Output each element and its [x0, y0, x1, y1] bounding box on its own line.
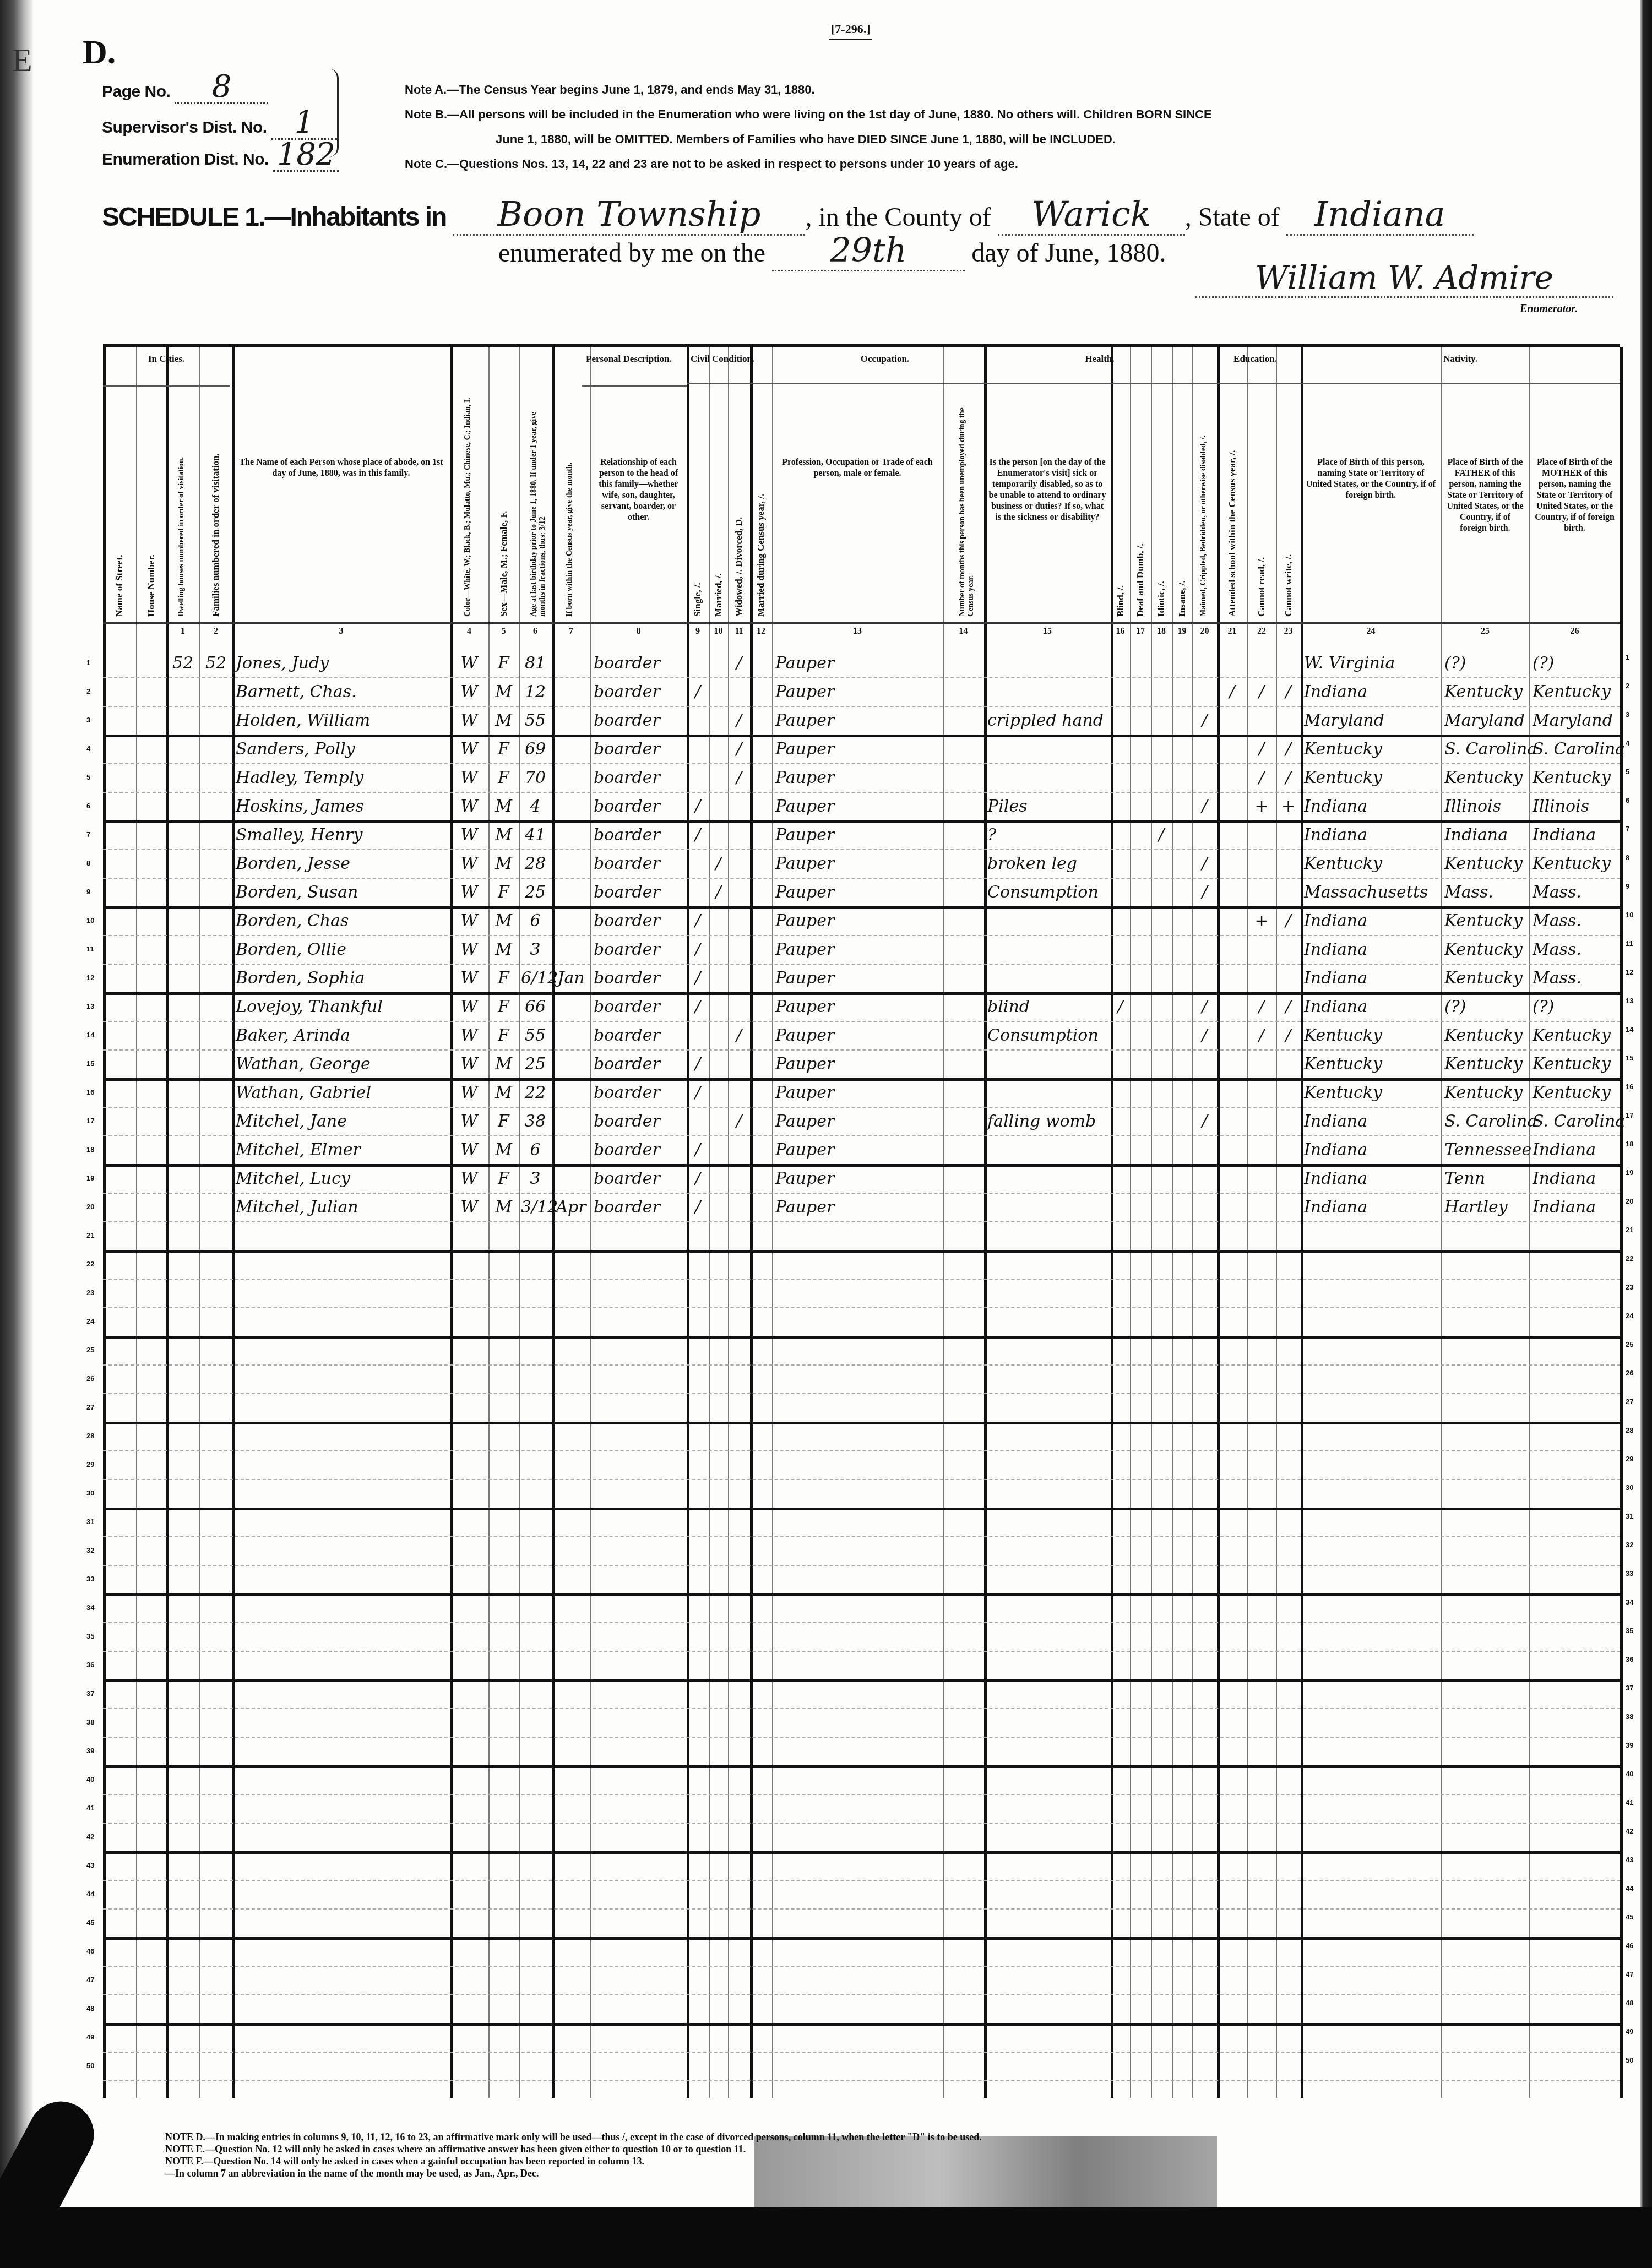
table-row: 4343	[103, 1851, 1620, 1881]
table-row: 33Holden, WilliamWM55boarder/Paupercripp…	[103, 706, 1620, 737]
line-number: 7	[1626, 825, 1629, 833]
cell-sex: M	[491, 909, 517, 934]
column-number: 8	[590, 627, 687, 637]
table-row: 3434	[103, 1593, 1620, 1623]
line-number: 33	[1626, 1569, 1633, 1578]
cell-name: Jones, Judy	[236, 651, 329, 676]
cell-color: W	[452, 1052, 486, 1077]
group-rule	[582, 385, 687, 387]
table-row: 2121	[103, 1221, 1620, 1253]
column-number: 2	[199, 627, 232, 637]
table-row: 2525	[103, 1336, 1620, 1366]
day-value: 29th	[772, 231, 965, 271]
enumerator-label: Enumerator.	[1520, 303, 1578, 316]
line-number: 23	[1626, 1283, 1633, 1291]
table-row: 3737	[103, 1679, 1620, 1709]
column-header-label: Name of Street.	[114, 396, 125, 617]
column-number: 14	[943, 627, 984, 637]
cell-birthplace: Massachusetts	[1304, 880, 1428, 905]
cell-single: /	[689, 937, 707, 962]
cell-cannot-write: /	[1278, 765, 1298, 791]
cell-name: Baker, Arinda	[236, 1023, 350, 1048]
table-row: 4545	[103, 1908, 1620, 1940]
cell-name: Barnett, Chas.	[236, 679, 357, 705]
line-number: 45	[86, 1918, 94, 1927]
enumerator-signature: William W. Admire	[1195, 259, 1613, 298]
cell-father-birthplace: Maryland	[1444, 708, 1525, 733]
cell-color: W	[452, 1109, 486, 1134]
column-number: 17	[1130, 627, 1151, 637]
cell-occupation: Pauper	[775, 1023, 834, 1048]
table-row: 3232	[103, 1536, 1620, 1566]
cell-occupation: Pauper	[775, 765, 834, 791]
column-header-label: Single, /.	[692, 396, 703, 617]
table-row: 3030	[103, 1479, 1620, 1510]
cell-age: 28	[521, 851, 550, 877]
column-number: 21	[1217, 627, 1247, 637]
column-header-label: The Name of each Person whose place of a…	[237, 457, 445, 479]
cell-birthplace: Kentucky	[1304, 765, 1382, 791]
cell-mother-birthplace: Indiana	[1533, 1195, 1596, 1220]
cell-cannot-write: /	[1278, 737, 1298, 762]
group-education: Education.	[1213, 353, 1298, 365]
note-d: NOTE D.—In making entries in columns 9, …	[165, 2131, 982, 2143]
cell-cannot-write: /	[1278, 994, 1298, 1020]
cell-sex: M	[491, 794, 517, 819]
column-number: 1	[166, 627, 199, 637]
cell-mother-birthplace: Kentucky	[1533, 1023, 1611, 1048]
line-number: 43	[86, 1861, 94, 1869]
note-g: —In column 7 an abbreviation in the name…	[165, 2167, 982, 2179]
cell-occupation: Pauper	[775, 880, 834, 905]
line-number: 6	[86, 802, 90, 810]
scan-bottom-edge	[0, 2207, 1652, 2268]
cell-birthplace: Kentucky	[1304, 737, 1382, 762]
line-number: 17	[86, 1117, 94, 1125]
cell-relation: boarder	[594, 708, 660, 733]
cell-mother-birthplace: (?)	[1533, 651, 1555, 676]
line-number: 42	[86, 1832, 94, 1841]
table-row: 1515Wathan, GeorgeWM25boarder/PauperKent…	[103, 1049, 1620, 1081]
cell-name: Sanders, Polly	[236, 737, 355, 762]
line-number: 36	[86, 1661, 94, 1669]
page-no-value: 8	[212, 69, 231, 105]
line-number: 14	[86, 1031, 94, 1039]
cell-married: /	[711, 880, 726, 905]
cell-mother-birthplace: Illinois	[1533, 794, 1589, 819]
census-table: In Cities. Personal Description. Civil C…	[103, 344, 1620, 2098]
cell-maimed: /	[1194, 880, 1215, 905]
table-row: 2727	[103, 1393, 1620, 1424]
line-number: 37	[86, 1689, 94, 1698]
cell-age: 25	[521, 1052, 550, 1077]
cell-age: 25	[521, 880, 550, 905]
cell-sickness: broken leg	[987, 851, 1077, 877]
cell-blind: /	[1113, 994, 1128, 1020]
line-number: 19	[1626, 1168, 1633, 1177]
cell-relation: boarder	[594, 994, 660, 1020]
cell-age: 81	[521, 651, 550, 676]
group-rule	[772, 383, 984, 384]
table-row: 66Hoskins, JamesWM4boarder/PauperPiles/+…	[103, 792, 1620, 823]
line-number: 21	[1626, 1226, 1633, 1234]
column-number: 25	[1441, 627, 1529, 637]
line-number: 21	[86, 1231, 94, 1239]
cell-color: W	[452, 909, 486, 934]
line-number: 48	[1626, 1999, 1633, 2007]
table-row: 3636	[103, 1651, 1620, 1682]
enumeration-value: 182	[277, 137, 335, 172]
cell-mother-birthplace: Indiana	[1533, 823, 1596, 848]
column-header-label: Place of Birth of this person, naming St…	[1305, 457, 1437, 501]
cell-occupation: Pauper	[775, 994, 834, 1020]
table-row: 55Hadley, TemplyWF70boarder/Pauper//Kent…	[103, 763, 1620, 793]
line-number: 10	[86, 916, 94, 924]
cell-birthplace: Kentucky	[1304, 851, 1382, 877]
cell-relation: boarder	[594, 823, 660, 848]
cell-single: /	[689, 1138, 707, 1163]
cell-maimed: /	[1194, 794, 1215, 819]
cell-widowed: /	[730, 765, 748, 791]
cell-relation: boarder	[594, 880, 660, 905]
table-row: 2323	[103, 1279, 1620, 1308]
cell-month: Apr	[554, 1195, 588, 1220]
line-number: 47	[86, 1976, 94, 1984]
cell-sex: F	[491, 651, 517, 676]
enumeration-field: Enumeration Dist. No. 182	[102, 139, 339, 172]
cell-color: W	[452, 1080, 486, 1106]
line-number: 39	[1626, 1741, 1633, 1749]
line-number: 30	[1626, 1483, 1633, 1492]
supervisor-label: Supervisor's Dist. No.	[102, 118, 267, 137]
table-row: 1111Borden, OllieWM3boarder/PauperIndian…	[103, 935, 1620, 965]
line-number: 13	[1626, 997, 1633, 1005]
group-personal: Personal Description.	[582, 353, 676, 365]
column-rule	[1620, 347, 1623, 2098]
cell-name: Borden, Ollie	[236, 937, 346, 962]
line-number: 5	[1626, 768, 1629, 776]
cell-color: W	[452, 851, 486, 877]
cell-mother-birthplace: Mass.	[1533, 880, 1582, 905]
cell-birthplace: Indiana	[1304, 679, 1367, 705]
group-in-cities: In Cities.	[103, 353, 230, 365]
column-header-label: Deaf and Dumb, /.	[1135, 396, 1146, 617]
county-value: Warick	[998, 194, 1185, 236]
column-number: 5	[488, 627, 519, 637]
line-number: 27	[86, 1403, 94, 1411]
scan-right-edge	[1640, 0, 1652, 2268]
column-number: 20	[1192, 627, 1217, 637]
cell-color: W	[452, 1166, 486, 1192]
column-number: 3	[232, 627, 450, 637]
state-label: , State of	[1185, 203, 1280, 232]
cell-widowed: /	[730, 737, 748, 762]
cell-relation: boarder	[594, 851, 660, 877]
table-row: 88Borden, JesseWM28boarder/Pauperbroken …	[103, 849, 1620, 879]
cell-relation: boarder	[594, 794, 660, 819]
table-row: 4848	[103, 1994, 1620, 2026]
column-header-label: House Number.	[146, 396, 157, 617]
cell-occupation: Pauper	[775, 851, 834, 877]
cell-color: W	[452, 651, 486, 676]
cell-birthplace: Indiana	[1304, 1109, 1367, 1134]
table-row: 3131	[103, 1508, 1620, 1537]
group-rule	[103, 385, 230, 387]
line-number: 20	[1626, 1197, 1633, 1205]
cell-mother-birthplace: Mass.	[1533, 909, 1582, 934]
line-number: 35	[1626, 1627, 1633, 1635]
table-row: 3333	[103, 1565, 1620, 1596]
cell-married: /	[711, 851, 726, 877]
group-rule	[1217, 383, 1301, 384]
cell-birthplace: Indiana	[1304, 794, 1367, 819]
cell-color: W	[452, 794, 486, 819]
group-health: Health.	[990, 353, 1210, 365]
date-suffix: day of June, 1880.	[971, 238, 1166, 268]
table-row: 4444	[103, 1880, 1620, 1910]
cell-color: W	[452, 1195, 486, 1220]
line-number: 31	[1626, 1512, 1633, 1520]
cell-father-birthplace: Indiana	[1444, 823, 1508, 848]
cell-name: Mitchel, Lucy	[236, 1166, 350, 1192]
line-number: 44	[86, 1890, 94, 1898]
cell-relation: boarder	[594, 1052, 660, 1077]
line-number: 50	[86, 2062, 94, 2070]
table-row: 4747	[103, 1966, 1620, 1995]
cell-occupation: Pauper	[775, 679, 834, 705]
cell-widowed: /	[730, 708, 748, 733]
cell-name: Smalley, Henry	[236, 823, 362, 848]
column-header-label: Number of months this person has been un…	[958, 396, 980, 617]
column-number: 6	[519, 627, 552, 637]
cell-single: /	[689, 794, 707, 819]
column-header-label: Insane, /.	[1177, 396, 1188, 617]
line-number: 12	[86, 973, 94, 982]
cell-age: 38	[521, 1109, 550, 1134]
cell-sex: M	[491, 937, 517, 962]
cell-sex: F	[491, 1109, 517, 1134]
cell-age: 55	[521, 708, 550, 733]
cell-sickness: Consumption	[987, 1023, 1099, 1048]
line-number: 24	[86, 1317, 94, 1325]
cell-age: 4	[521, 794, 550, 819]
cell-single: /	[689, 966, 707, 991]
cell-single: /	[689, 1052, 707, 1077]
cell-color: W	[452, 966, 486, 991]
cell-occupation: Pauper	[775, 1109, 834, 1134]
group-civil: Civil Condition.	[687, 353, 758, 365]
line-number: 6	[1626, 796, 1629, 804]
cell-father-birthplace: Kentucky	[1444, 1052, 1523, 1077]
cell-color: W	[452, 880, 486, 905]
form-number: [7-296.]	[829, 22, 872, 40]
cell-sex: M	[491, 1080, 517, 1106]
column-header-label: If born within the Census year, give the…	[566, 396, 588, 617]
line-number: 41	[1626, 1798, 1633, 1807]
cell-name: Holden, William	[236, 708, 370, 733]
cell-relation: boarder	[594, 1080, 660, 1106]
line-number: 22	[86, 1260, 94, 1268]
cell-occupation: Pauper	[775, 1080, 834, 1106]
cell-widowed: /	[730, 1109, 748, 1134]
cell-mother-birthplace: Mass.	[1533, 937, 1582, 962]
cell-age: 6	[521, 909, 550, 934]
cell-age: 69	[521, 737, 550, 762]
table-row: 2626	[103, 1364, 1620, 1394]
line-number: 15	[86, 1059, 94, 1068]
cell-father-birthplace: (?)	[1444, 651, 1466, 676]
line-number: 26	[86, 1374, 94, 1383]
cell-maimed: /	[1194, 1109, 1215, 1134]
township-value: Boon Township	[453, 194, 805, 236]
scan-left-edge	[0, 0, 33, 2268]
table-row: 4949	[103, 2023, 1620, 2053]
cell-single: /	[689, 1195, 707, 1220]
column-number: 26	[1529, 627, 1620, 637]
column-header-label: Sex—Male, M.; Female, F.	[498, 396, 509, 617]
column-header-label: Blind, /.	[1115, 396, 1126, 617]
group-nativity: Nativity.	[1301, 353, 1620, 365]
line-number: 7	[86, 830, 90, 839]
enumeration-label: Enumeration Dist. No.	[102, 150, 269, 168]
cell-occupation: Pauper	[775, 966, 834, 991]
cell-relation: boarder	[594, 1109, 660, 1134]
table-row: 2424	[103, 1307, 1620, 1339]
column-number: 13	[772, 627, 943, 637]
table-row: 1616Wathan, GabrielWM22boarder/PauperKen…	[103, 1078, 1620, 1108]
line-number: 38	[1626, 1712, 1633, 1721]
column-number: 12	[750, 627, 772, 637]
cell-sex: F	[491, 994, 517, 1020]
line-number: 34	[86, 1603, 94, 1612]
table-row: 2929	[103, 1450, 1620, 1480]
table-row: 2020Mitchel, JulianWM3/12Aprboarder/Paup…	[103, 1193, 1620, 1222]
line-number: 18	[86, 1145, 94, 1154]
page-no-field: Page No. 8	[102, 72, 268, 104]
column-header-label: Maimed, Crippled, Bedridden, or otherwis…	[1199, 396, 1221, 617]
cell-name: Borden, Chas	[236, 909, 349, 934]
cell-single: /	[689, 823, 707, 848]
cell-age: 70	[521, 765, 550, 791]
cell-name: Borden, Susan	[236, 880, 358, 905]
column-number: 9	[687, 627, 709, 637]
column-number: 22	[1247, 627, 1276, 637]
cell-age: 3/12	[521, 1195, 550, 1220]
cell-mother-birthplace: Indiana	[1533, 1166, 1596, 1192]
line-number: 4	[1626, 739, 1629, 747]
cell-mother-birthplace: Indiana	[1533, 1138, 1596, 1163]
cell-relation: boarder	[594, 1195, 660, 1220]
table-row: 1414Baker, ArindaWF55boarder/PauperConsu…	[103, 1021, 1620, 1051]
table-row: 3939	[103, 1737, 1620, 1768]
cell-father-birthplace: Kentucky	[1444, 851, 1523, 877]
line-number: 46	[86, 1947, 94, 1955]
line-number: 29	[1626, 1455, 1633, 1463]
cell-birthplace: Indiana	[1304, 909, 1367, 934]
cell-cannot-write: /	[1278, 679, 1298, 705]
line-number: 34	[1626, 1598, 1633, 1606]
table-row: 4242	[103, 1823, 1620, 1854]
line-number: 25	[1626, 1340, 1633, 1348]
cell-father-birthplace: Kentucky	[1444, 679, 1523, 705]
cell-color: W	[452, 737, 486, 762]
cell-color: W	[452, 1023, 486, 1048]
cell-sickness: crippled hand	[987, 708, 1104, 733]
line-number: 5	[86, 773, 90, 781]
footer-notes: NOTE D.—In making entries in columns 9, …	[165, 2131, 982, 2179]
line-number: 30	[86, 1489, 94, 1497]
line-number: 26	[1626, 1369, 1633, 1377]
column-header-label: Place of Birth of the MOTHER of this per…	[1534, 457, 1616, 534]
cell-mother-birthplace: Kentucky	[1533, 765, 1611, 791]
group-rule	[984, 383, 1217, 384]
supervisor-field: Supervisor's Dist. No. 1	[102, 107, 337, 140]
cell-father-birthplace: Mass.	[1444, 880, 1493, 905]
cell-mother-birthplace: S. Carolina	[1533, 1109, 1625, 1134]
note-f: NOTE F.—Question No. 14 will only be ask…	[165, 2155, 982, 2167]
column-header-label: Cannot write, /.	[1283, 396, 1294, 617]
cell-age: 66	[521, 994, 550, 1020]
column-header-label: Profession, Occupation or Trade of each …	[776, 457, 938, 479]
column-number: 15	[984, 627, 1111, 637]
cell-sex: M	[491, 1138, 517, 1163]
table-row: 1010Borden, ChasWM6boarder/Pauper+/India…	[103, 906, 1620, 936]
line-number: 20	[86, 1203, 94, 1211]
cell-occupation: Pauper	[775, 794, 834, 819]
cell-name: Mitchel, Jane	[236, 1109, 347, 1134]
cell-cannot-write: +	[1278, 794, 1298, 819]
cell-father-birthplace: Tenn	[1444, 1166, 1485, 1192]
line-number: 49	[1626, 2027, 1633, 2036]
table-row: 1919Mitchel, LucyWF3boarder/PauperIndian…	[103, 1164, 1620, 1194]
column-number: 18	[1151, 627, 1172, 637]
cell-name: Wathan, George	[236, 1052, 371, 1077]
cell-age: 3	[521, 937, 550, 962]
cell-occupation: Pauper	[775, 1195, 834, 1220]
cell-occupation: Pauper	[775, 1052, 834, 1077]
line-number: 37	[1626, 1684, 1633, 1692]
note-e: NOTE E.—Question No. 12 will only be ask…	[165, 2143, 982, 2155]
line-number: 28	[86, 1432, 94, 1440]
cell-father-birthplace: Kentucky	[1444, 765, 1523, 791]
cell-age: 55	[521, 1023, 550, 1048]
line-number: 2	[1626, 682, 1629, 690]
cell-birthplace: Indiana	[1304, 966, 1367, 991]
county-label: , in the County of	[805, 203, 991, 232]
cell-cannot-write: /	[1278, 1023, 1298, 1048]
cell-father-birthplace: Kentucky	[1444, 909, 1523, 934]
line-number: 9	[1626, 882, 1629, 890]
line-number: 3	[86, 716, 90, 724]
line-number: 8	[86, 859, 90, 867]
line-number: 19	[86, 1174, 94, 1182]
line-number: 2	[86, 687, 90, 695]
cell-father-birthplace: (?)	[1444, 994, 1466, 1020]
state-value: Indiana	[1286, 194, 1474, 236]
line-number: 10	[1626, 911, 1633, 919]
line-number: 47	[1626, 1970, 1633, 1978]
line-number: 18	[1626, 1140, 1633, 1148]
cell-color: W	[452, 765, 486, 791]
line-number: 43	[1626, 1856, 1633, 1864]
cell-birthplace: Kentucky	[1304, 1080, 1382, 1106]
cell-occupation: Pauper	[775, 1166, 834, 1192]
line-number: 31	[86, 1518, 94, 1526]
column-number: 4	[450, 627, 488, 637]
cell-mother-birthplace: Kentucky	[1533, 679, 1611, 705]
cell-sex: M	[491, 851, 517, 877]
line-number: 14	[1626, 1025, 1633, 1034]
